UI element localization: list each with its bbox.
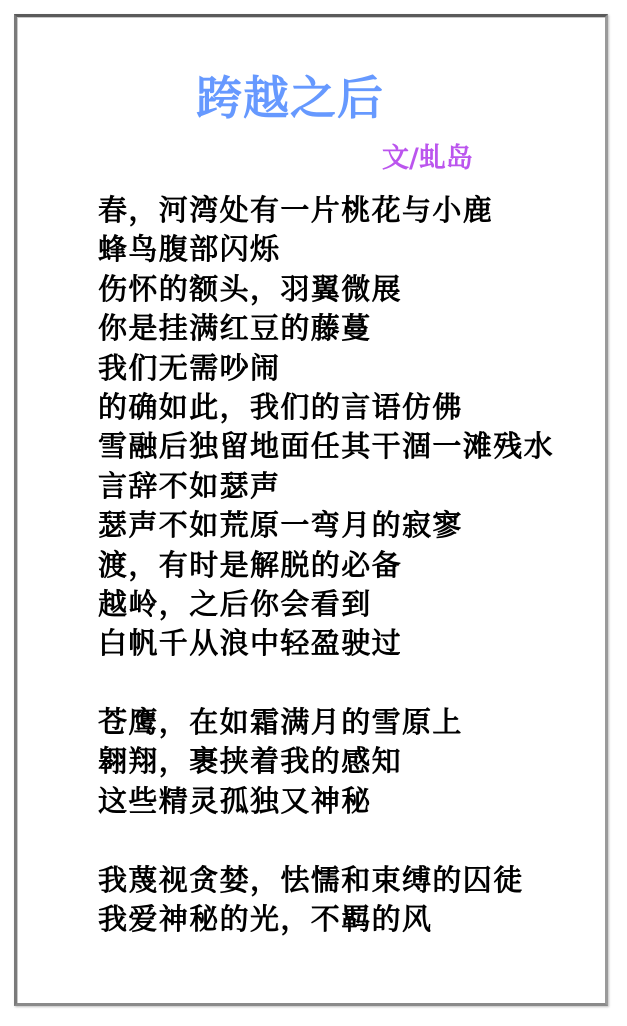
poem-line: 越岭，之后你会看到 (98, 585, 598, 624)
poem-line: 我爱神秘的光，不羁的风 (98, 900, 598, 939)
stanza-break (98, 664, 598, 703)
poem-body: 春，河湾处有一片桃花与小鹿 蜂鸟腹部闪烁 伤怀的额头，羽翼微展 你是挂满红豆的藤… (98, 191, 598, 939)
poem-line: 言辞不如瑟声 (98, 467, 598, 506)
poem-line: 这些精灵孤独又神秘 (98, 782, 598, 821)
stanza-1: 春，河湾处有一片桃花与小鹿 蜂鸟腹部闪烁 伤怀的额头，羽翼微展 你是挂满红豆的藤… (98, 191, 598, 664)
poem-line: 你是挂满红豆的藤蔓 (98, 309, 598, 348)
poem-line: 翱翔，裹挟着我的感知 (98, 742, 598, 781)
poem-line: 白帆千从浪中轻盈驶过 (98, 624, 598, 663)
stanza-2: 苍鹰，在如霜满月的雪原上 翱翔，裹挟着我的感知 这些精灵孤独又神秘 (98, 703, 598, 821)
stanza-break (98, 821, 598, 860)
stanza-3: 我蔑视贪婪，怯懦和束缚的囚徒 我爱神秘的光，不羁的风 (98, 861, 598, 940)
poem-line: 瑟声不如荒原一弯月的寂寥 (98, 506, 598, 545)
poem-line: 的确如此，我们的言语仿佛 (98, 388, 598, 427)
poem-line: 春，河湾处有一片桃花与小鹿 (98, 191, 598, 230)
poem-line: 伤怀的额头，羽翼微展 (98, 270, 598, 309)
poem-line: 渡，有时是解脱的必备 (98, 546, 598, 585)
poem-line: 雪融后独留地面任其干涸一滩残水 (98, 427, 598, 466)
poem-line: 我蔑视贪婪，怯懦和束缚的囚徒 (98, 861, 598, 900)
poem-line: 苍鹰，在如霜满月的雪原上 (98, 703, 598, 742)
poem-line: 我们无需吵闹 (98, 349, 598, 388)
poem-author: 文/虬岛 (382, 141, 473, 177)
poem-line: 蜂鸟腹部闪烁 (98, 230, 598, 269)
poem-title: 跨越之后 (196, 66, 384, 130)
